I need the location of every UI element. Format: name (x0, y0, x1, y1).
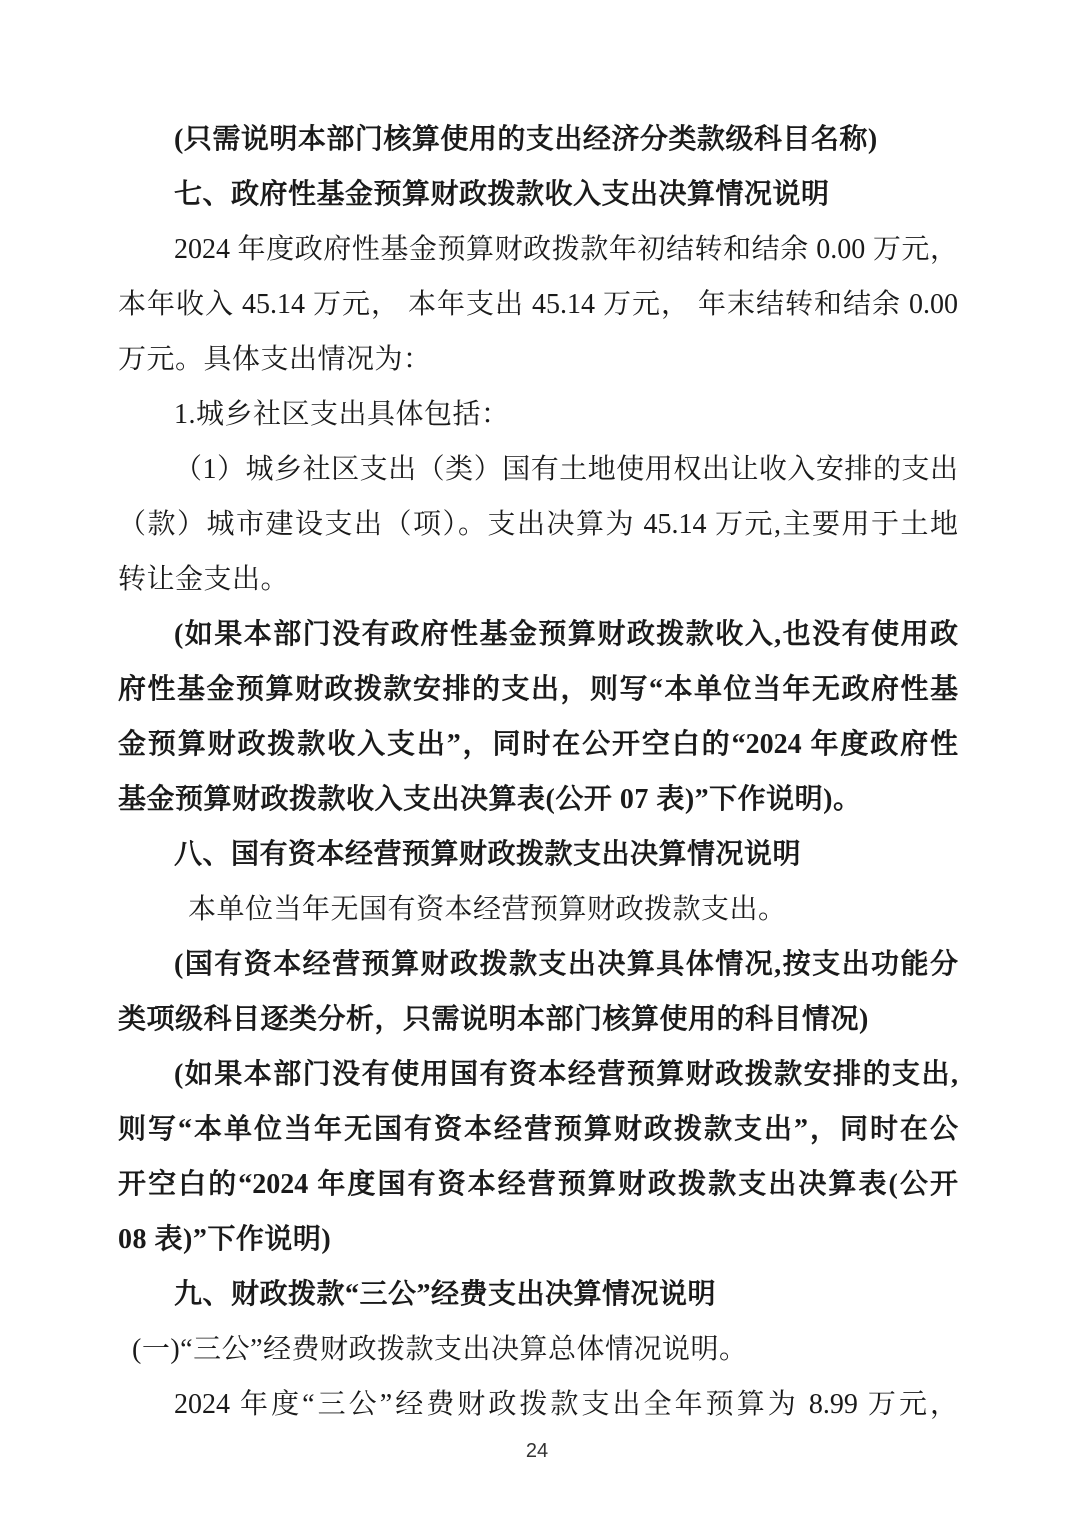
document-body: (只需说明本部门核算使用的支出经济分类款级科目名称)七、政府性基金预算财政拨款收… (118, 112, 958, 1432)
text-line: 2024 年度“三公”经费财政拨款支出全年预算为 8.99 万元， (118, 1377, 958, 1432)
text-line: (如果本部门没有使用国有资本经营预算财政拨款安排的支出, (118, 1047, 958, 1102)
text-line: (国有资本经营预算财政拨款支出决算具体情况,按支出功能分 (118, 937, 958, 992)
text-line: (如果本部门没有政府性基金预算财政拨款收入,也没有使用政 (118, 607, 958, 662)
text-line: 2024 年度政府性基金预算财政拨款年初结转和结余 0.00 万元， (118, 222, 958, 277)
text-line: 类项级科目逐类分析，只需说明本部门核算使用的科目情况) (118, 992, 958, 1047)
text-line: 本单位当年无国有资本经营预算财政拨款支出。 (118, 882, 958, 937)
document-page: (只需说明本部门核算使用的支出经济分类款级科目名称)七、政府性基金预算财政拨款收… (0, 0, 1074, 1520)
text-line: 金预算财政拨款收入支出”，同时在公开空白的“2024 年度政府性 (118, 717, 958, 772)
text-line: 基金预算财政拨款收入支出决算表(公开 07 表)”下作说明)。 (118, 772, 958, 827)
text-line: 本年收入 45.14 万元， 本年支出 45.14 万元， 年末结转和结余 0.… (118, 277, 958, 332)
text-line: 08 表)”下作说明) (118, 1212, 958, 1267)
text-line: 1.城乡社区支出具体包括： (118, 387, 958, 442)
text-line: (只需说明本部门核算使用的支出经济分类款级科目名称) (118, 112, 958, 167)
text-line: (一)“三公”经费财政拨款支出决算总体情况说明。 (118, 1322, 958, 1377)
text-line: （1）城乡社区支出（类）国有土地使用权出让收入安排的支出 (118, 442, 958, 497)
text-line: 万元。具体支出情况为： (118, 332, 958, 387)
text-line: 府性基金预算财政拨款安排的支出，则写“本单位当年无政府性基 (118, 662, 958, 717)
text-line: 开空白的“2024 年度国有资本经营预算财政拨款支出决算表(公开 (118, 1157, 958, 1212)
text-line: 九、财政拨款“三公”经费支出决算情况说明 (118, 1267, 958, 1322)
text-line: 八、国有资本经营预算财政拨款支出决算情况说明 (118, 827, 958, 882)
page-number: 24 (0, 1438, 1074, 1464)
text-line: 则写“本单位当年无国有资本经营预算财政拨款支出”，同时在公 (118, 1102, 958, 1157)
text-line: （款）城市建设支出（项）。支出决算为 45.14 万元,主要用于土地 (118, 497, 958, 552)
text-line: 转让金支出。 (118, 552, 958, 607)
text-line: 七、政府性基金预算财政拨款收入支出决算情况说明 (118, 167, 958, 222)
